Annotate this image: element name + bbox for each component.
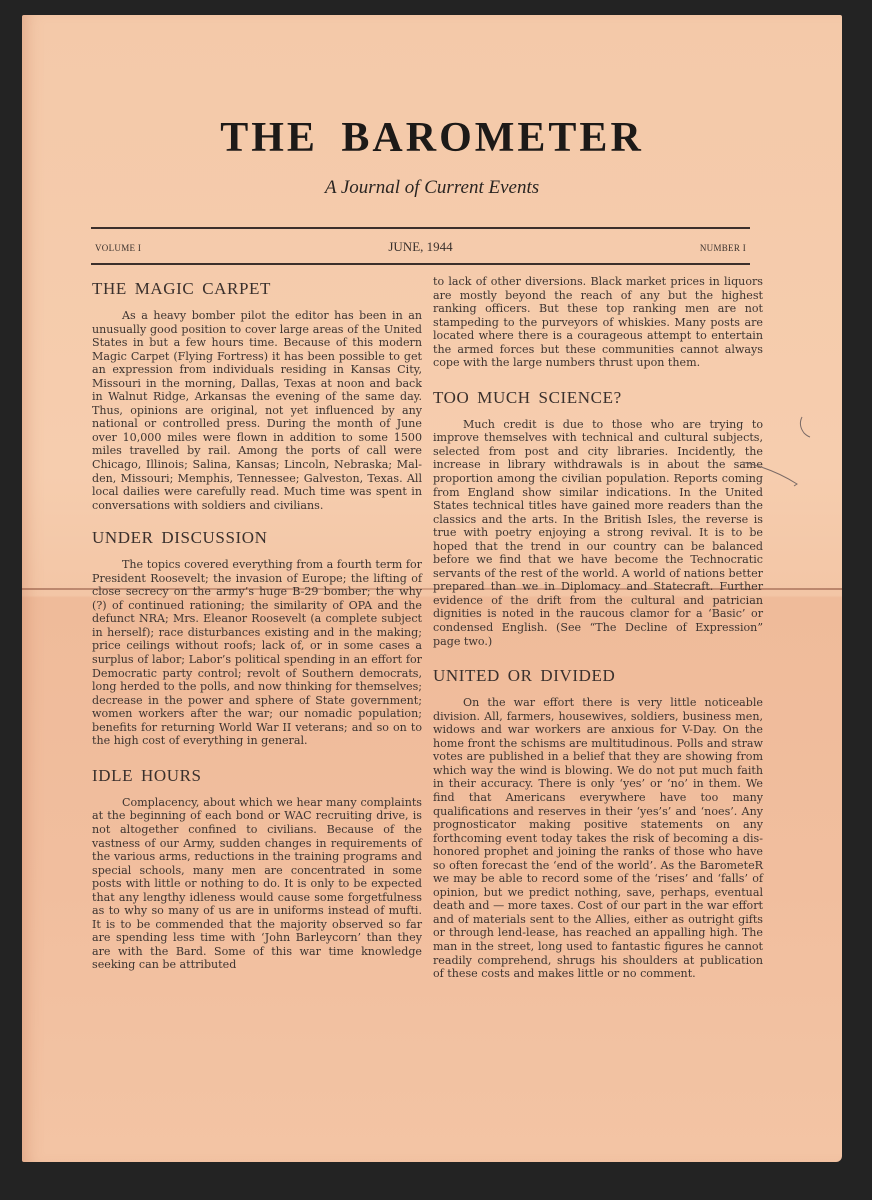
article-heading: UNDER DISCUSSION — [92, 528, 422, 548]
article-united-or-divided: UNITED OR DIVIDED On the war effort ther… — [433, 666, 763, 980]
article-body: The topics covered everything from a fou… — [92, 558, 422, 748]
article-body: Complacency, about which we hear many co… — [92, 796, 422, 972]
dateline-rule-top — [91, 227, 750, 229]
article-under-discussion: UNDER DISCUSSION The topics covered ever… — [92, 528, 422, 748]
left-column: THE MAGIC CARPET As a heavy bomber pilot… — [92, 279, 422, 990]
article-heading: TOO MUCH SCIENCE? — [433, 388, 763, 408]
article-body: On the war effort there is very little n… — [433, 696, 763, 980]
article-heading: THE MAGIC CARPET — [92, 279, 422, 299]
article-body: Much credit is due to those who are tryi… — [433, 418, 763, 648]
publication-title: THE BAROMETER — [22, 115, 842, 161]
article-too-much-science: TOO MUCH SCIENCE? Much credit is due to … — [433, 388, 763, 648]
pencil-mark — [742, 415, 842, 495]
newsletter-page: THE BAROMETER A Journal of Current Event… — [22, 15, 842, 1162]
article-body-continued: to lack of other diversions. Black marke… — [433, 275, 763, 370]
article-heading: IDLE HOURS — [92, 766, 422, 786]
issue-date: JUNE, 1944 — [91, 239, 750, 255]
article-magic-carpet: THE MAGIC CARPET As a heavy bomber pilot… — [92, 279, 422, 512]
article-idle-hours: IDLE HOURS Complacency, about which we h… — [92, 766, 422, 972]
masthead: THE BAROMETER A Journal of Current Event… — [22, 115, 842, 199]
dateline-rule-bottom — [91, 263, 750, 265]
issue-number: NUMBER I — [700, 243, 746, 253]
article-idle-hours-continued: to lack of other diversions. Black marke… — [433, 275, 763, 370]
article-body: As a heavy bomber pilot the editor has b… — [92, 309, 422, 512]
right-column: to lack of other diversions. Black marke… — [433, 275, 763, 999]
article-heading: UNITED OR DIVIDED — [433, 666, 763, 686]
publication-subtitle: A Journal of Current Events — [22, 177, 842, 199]
